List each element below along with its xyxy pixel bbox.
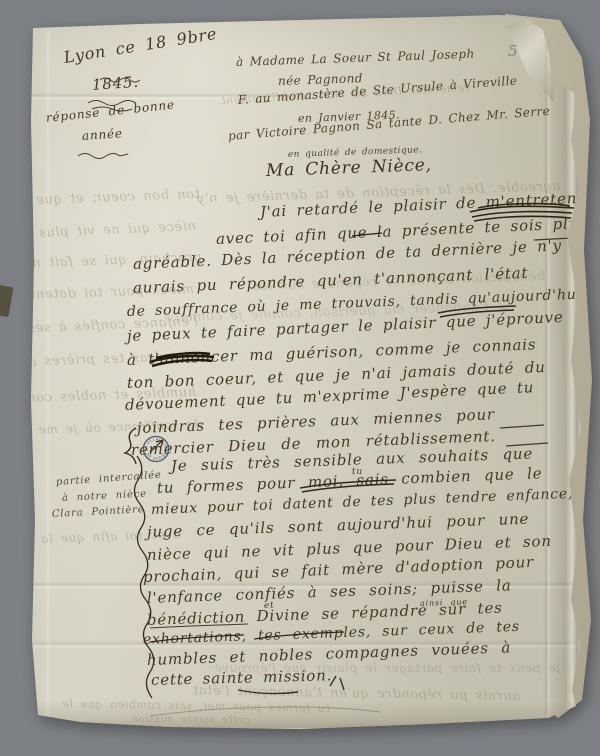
stamp-text-curved: BIBLIOTHEQUE DE LA VILLE (141, 434, 168, 461)
salutation: Ma Chère Nièce, (266, 157, 432, 180)
vertical-crease (45, 30, 51, 720)
interlinear-insert: tu (352, 468, 363, 477)
bottom-edge-shading (34, 700, 574, 728)
letter-sheet-wrapper: ton bon coeur, et que je n'ai jamais dou… (0, 0, 600, 756)
margin-note-intercalee-line2: à notre nièce (62, 490, 147, 504)
margin-note-intercalee-line1: partie intercallée (56, 471, 162, 488)
margin-note-intercalee-line3: Clara Pointière (52, 505, 145, 520)
body-line: cette sainte mission. (151, 668, 333, 688)
library-stamp: BIBLIOTHEQUE DE LA VILLE (141, 434, 171, 464)
address-line-1: à Madame La Soeur St Paul Joseph (236, 48, 475, 68)
margin-note-reponse-line1: réponse de bonne (45, 99, 175, 124)
underline-squiggle (78, 154, 128, 159)
end-dash-mark (500, 425, 544, 428)
interlinear-insert: ainsi que (420, 598, 468, 608)
letter-page: ton bon coeur, et que je n'ai jamais dou… (0, 0, 600, 756)
bleedthrough-line: nièce qui ne vit plus que pour Dieu et s… (0, 220, 196, 247)
stamp-center-mark (155, 448, 157, 450)
page-number: 5 (508, 42, 518, 60)
fold-curve-line (150, 707, 380, 716)
photograph-background: ton bon coeur, et que je n'ai jamais dou… (0, 0, 600, 756)
margin-note-reponse-line2: année (82, 127, 124, 142)
bleedthrough-line: aurais pu répondre qu'en t'annonçant l'é… (192, 684, 520, 703)
bleedthrough-line: tu formes pour moi, sais combien que le (62, 698, 331, 714)
bleedthrough-line: cette sainte mission. (127, 715, 250, 726)
interlinear-insert: et (264, 602, 275, 611)
year-line: 1845. (91, 75, 139, 93)
date-line: Lyon ce 18 9bre (63, 26, 219, 66)
bleedthrough-line: ton bon coeur, et que je n'ai jamais dou… (0, 188, 200, 213)
